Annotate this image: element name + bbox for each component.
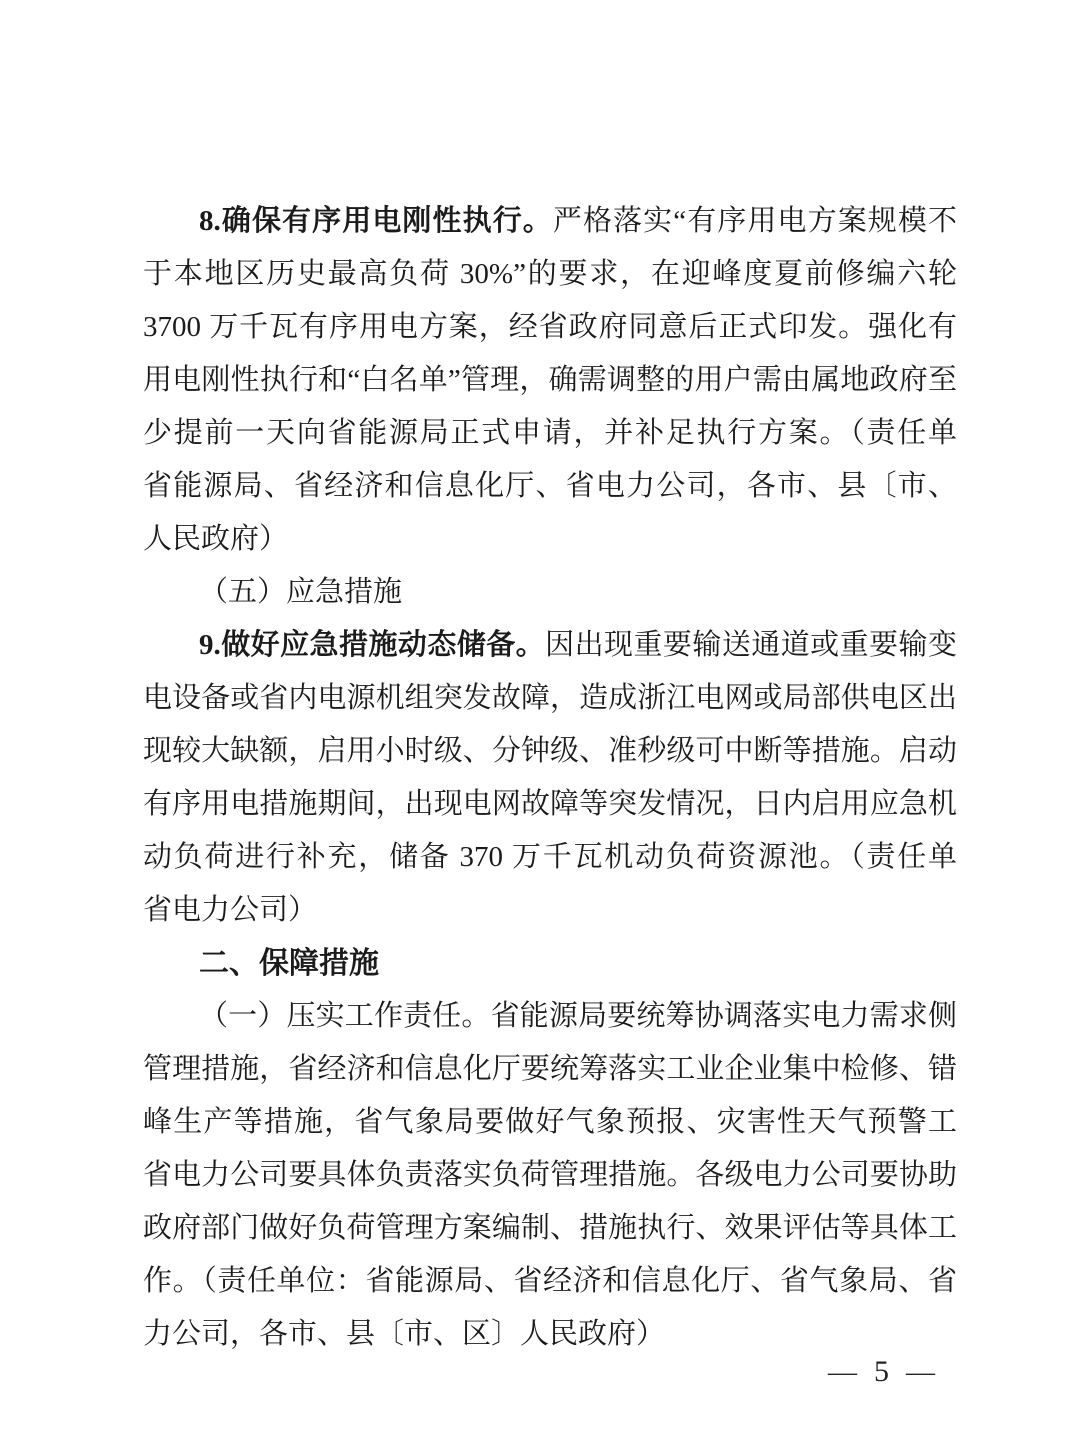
text-line: 9.做好应急措施动态储备。因出现重要输送通道或重要输变 xyxy=(143,619,957,672)
text-line: 政府部门做好负荷管理方案编制、措施执行、效果评估等具体工 xyxy=(143,1202,957,1255)
page-number: 5 xyxy=(874,1355,889,1389)
text-line: 动负荷进行补充，储备 370 万千瓦机动负荷资源池。（责任单位： xyxy=(143,831,957,884)
page-footer: — 5 — xyxy=(828,1352,935,1392)
text-line: 人民政府） xyxy=(143,513,957,566)
document-body: 8.确保有序用电刚性执行。严格落实“有序用电方案规模不低于本地区历史最高负荷 3… xyxy=(143,195,957,1361)
text-line: 8.确保有序用电刚性执行。严格落实“有序用电方案规模不低 xyxy=(143,195,957,248)
section-heading: 二、保障措施 xyxy=(143,937,957,990)
text-line: 管理措施，省经济和信息化厅要统筹落实工业企业集中检修、错 xyxy=(143,1043,957,1096)
text-line: （一）压实工作责任。省能源局要统筹协调落实电力需求侧 xyxy=(143,990,957,1043)
text-line: 现较大缺额，启用小时级、分钟级、准秒级可中断等措施。启动 xyxy=(143,725,957,778)
paragraph-bold-lead: 8.确保有序用电刚性执行。 xyxy=(199,205,553,237)
text-line: 峰生产等措施，省气象局要做好气象预报、灾害性天气预警工作， xyxy=(143,1096,957,1149)
text-line: 于本地区历史最高负荷 30%”的要求，在迎峰度夏前修编六轮 xyxy=(143,248,957,301)
text-line: 省电力公司要具体负责落实负荷管理措施。各级电力公司要协助 xyxy=(143,1149,957,1202)
text-line: 少提前一天向省能源局正式申请，并补足执行方案。（责任单位： xyxy=(143,407,957,460)
footer-dash-right: — xyxy=(906,1356,935,1389)
text-line: 作。（责任单位：省能源局、省经济和信息化厅、省气象局、省电 xyxy=(143,1255,957,1308)
text-line: （五）应急措施 xyxy=(143,566,957,619)
footer-dash-left: — xyxy=(828,1356,857,1389)
text-line: 省能源局、省经济和信息化厅、省电力公司，各市、县〔市、区〕 xyxy=(143,460,957,513)
text-line: 电设备或省内电源机组突发故障，造成浙江电网或局部供电区出 xyxy=(143,672,957,725)
text-line: 3700 万千瓦有序用电方案，经省政府同意后正式印发。强化有序 xyxy=(143,301,957,354)
text-line: 有序用电措施期间，出现电网故障等突发情况，日内启用应急机 xyxy=(143,778,957,831)
document-page: 8.确保有序用电刚性执行。严格落实“有序用电方案规模不低于本地区历史最高负荷 3… xyxy=(0,0,1080,1434)
text-line: 用电刚性执行和“白名单”管理，确需调整的用户需由属地政府至 xyxy=(143,354,957,407)
paragraph-bold-lead: 9.做好应急措施动态储备。 xyxy=(199,629,545,661)
text-line: 省电力公司） xyxy=(143,884,957,937)
